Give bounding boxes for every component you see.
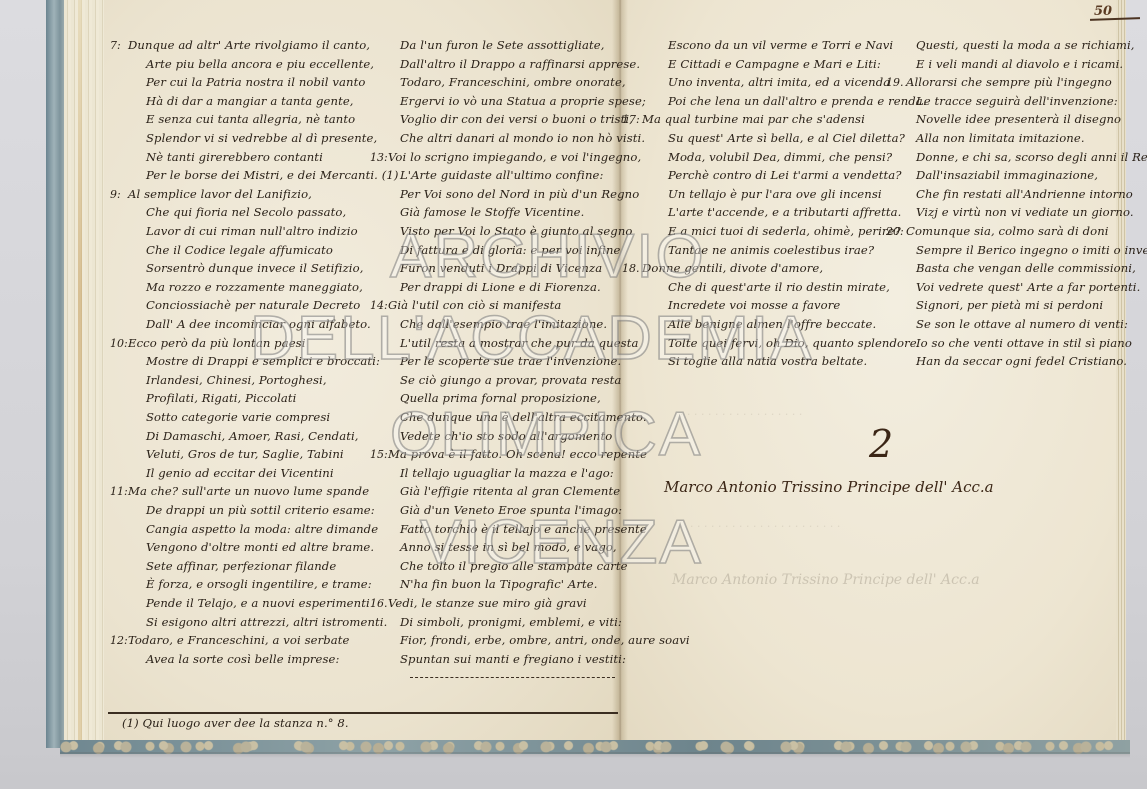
verse-line: Voi vedrete quest' Arte a far portenti. bbox=[916, 282, 1140, 294]
book-shadow bbox=[60, 752, 1130, 758]
verse-line: Il tellajo uguagliar la mazza e l'ago: bbox=[400, 468, 614, 480]
verse-line: Al semplice lavor del Lanifizio, bbox=[128, 189, 312, 201]
verse-line: Voglio dir con dei versi o buoni o trist… bbox=[400, 114, 633, 126]
verse-line: Pende il Telajo, e a nuovi esperimenti bbox=[146, 598, 370, 610]
verse-line: Sempre il Berico ingegno o imiti o inven… bbox=[916, 245, 1147, 257]
verse-line: Da l'un furon le Sete assottigliate, bbox=[400, 40, 604, 52]
verse-line: Vizj e virtù non vi vediate un giorno. bbox=[916, 207, 1134, 219]
footnote: (1) Qui luogo aver dee la stanza n.° 8. bbox=[122, 718, 349, 730]
verse-line: Io so che venti ottave in stil sì piano bbox=[916, 338, 1132, 350]
verse-line: L'arte t'accende, e a tributarti affrett… bbox=[668, 207, 901, 219]
stanza-number: 16. bbox=[370, 597, 388, 610]
verse-line: De drappi un più sottil criterio esame: bbox=[146, 505, 375, 517]
verse-line: Nè tanti girerebbero contanti bbox=[146, 152, 323, 164]
verse-line: Lavor di cui riman null'altro indizio bbox=[146, 226, 358, 238]
verse-line: Che qui fioria nel Secolo passato, bbox=[146, 207, 346, 219]
verse-line: Per le borse dei Mistri, e dei Mercanti.… bbox=[146, 170, 398, 182]
verse-line: Dall'insaziabil immaginazione, bbox=[916, 170, 1098, 182]
verse-line: Moda, volubil Dea, dimmi, che pensi? bbox=[668, 152, 892, 164]
verse-line: N'ha fin buon la Tipografic' Arte. bbox=[400, 579, 597, 591]
verse-line: Di simboli, pronigmi, emblemi, e viti: bbox=[400, 617, 622, 629]
watermark-line-4: VICENZA bbox=[420, 512, 703, 574]
verse-line: Allorarsi che sempre più l'ingegno bbox=[906, 77, 1112, 89]
stanza-number: 17: bbox=[622, 113, 640, 126]
verse-line: Comunque sia, colmo sarà di doni bbox=[906, 226, 1109, 238]
verse-line: Se son le ottave al numero di venti: bbox=[916, 319, 1128, 331]
verse-line: E i veli mandi al diavolo e i ricami. bbox=[916, 59, 1123, 71]
verse-line: Ma che? sull'arte un nuovo lume spande bbox=[128, 486, 369, 498]
verse-line: Todaro, Franceschini, ombre onorate, bbox=[400, 77, 626, 89]
verse-line: Per cui la Patria nostra il nobil vanto bbox=[146, 77, 365, 89]
stanza-number: 7: bbox=[110, 39, 121, 52]
stanza-number: 10: bbox=[110, 337, 128, 350]
verse-line: Han da seccar ogni fedel Cristiano. bbox=[916, 356, 1127, 368]
verse-line: Poi che lena un dall'altro e prenda e re… bbox=[668, 96, 927, 108]
verse-line: Perchè contro di Lei t'armi a vendetta? bbox=[668, 170, 902, 182]
verse-line: Fior, frondi, erbe, ombre, antri, onde, … bbox=[400, 635, 690, 647]
verse-line: Dall'altro il Drappo a raffinarsi appres… bbox=[400, 59, 640, 71]
verse-line: Arte piu bella ancora e piu eccellente, bbox=[146, 59, 374, 71]
folio-number: 50 bbox=[1094, 4, 1112, 19]
stanza-number: 19. bbox=[886, 76, 904, 89]
stanza-number: 15: bbox=[370, 448, 388, 461]
verse-line: E senza cui tanta allegria, nè tanto bbox=[146, 114, 355, 126]
verse-line: Questi, questi la moda a se richiami, bbox=[916, 40, 1135, 52]
show-through-signature: Marco Antonio Trissino Principe dell' Ac… bbox=[672, 572, 980, 588]
watermark-line-3: OLIMPICA bbox=[390, 404, 702, 466]
verse-line: Ma qual turbine mai par che s'adensi bbox=[642, 114, 865, 126]
verse-line: Profilati, Rigati, Piccolati bbox=[146, 393, 296, 405]
verse-line: Donne, e chi sa, scorso degli anni il Re… bbox=[916, 152, 1147, 164]
verse-line: Avea la sorte così belle imprese: bbox=[146, 654, 340, 666]
verse-line: Ma rozzo e rozzamente maneggiato, bbox=[146, 282, 363, 294]
verse-line: Già famose le Stoffe Vicentine. bbox=[400, 207, 584, 219]
verse-line: Escono da un vil verme e Torri e Navi bbox=[668, 40, 893, 52]
verse-line: Cangia aspetto la moda: altre dimande bbox=[146, 524, 378, 536]
watermark-line-1: ARCHIVIO bbox=[390, 226, 706, 288]
verse-line: Splendor vi si vedrebbe al dì presente, bbox=[146, 133, 377, 145]
verse-line: Vengono d'oltre monti ed altre brame. bbox=[146, 542, 374, 554]
page-stack-left bbox=[64, 0, 105, 746]
signature: Marco Antonio Trissino Principe dell' Ac… bbox=[664, 478, 994, 496]
page-stack-stain bbox=[78, 0, 82, 746]
verse-line: Spuntan sui manti e fregiano i vestiti: bbox=[400, 654, 626, 666]
verse-line: Irlandesi, Chinesi, Portoghesi, bbox=[146, 375, 327, 387]
verse-line: Le tracce seguirà dell'invenzione: bbox=[916, 96, 1118, 108]
verse-line: Di Damaschi, Amoer, Rasi, Cendati, bbox=[146, 431, 359, 443]
verse-line: Sete affinar, perfezionar filande bbox=[146, 561, 336, 573]
verse-line: E Cittadi e Campagne e Mari e Liti: bbox=[668, 59, 881, 71]
verse-line: Voi lo scrigno impiegando, e voi l'ingeg… bbox=[388, 152, 641, 164]
verse-line: Un tellajo è pur l'ara ove gli incensi bbox=[668, 189, 882, 201]
dashed-underline bbox=[410, 677, 615, 678]
verse-line: Sotto categorie varie compresi bbox=[146, 412, 330, 424]
verse-line: Basta che vengan delle commissioni, bbox=[916, 263, 1136, 275]
verse-line: Signori, per pietà mi si perdoni bbox=[916, 300, 1103, 312]
verse-line: Il genio ad eccitar dei Vicentini bbox=[146, 468, 334, 480]
signature-mark: 2 bbox=[869, 422, 893, 466]
verse-line: Già l'effigie ritenta al gran Clemente bbox=[400, 486, 620, 498]
stanza-number: 20: bbox=[886, 225, 904, 238]
verse-line: È forza, e orsogli ingentilire, e trame: bbox=[146, 579, 372, 591]
stanza-number: 11: bbox=[110, 485, 128, 498]
verse-line: Che altri danari al mondo io non hò vist… bbox=[400, 133, 645, 145]
show-through-text: · · · · · · · · · · · · · · · · · · · · … bbox=[690, 520, 840, 533]
stanza-number: 13: bbox=[370, 151, 388, 164]
verse-line: Alla non limitata imitazione. bbox=[916, 133, 1085, 145]
verse-line: Su quest' Arte sì bella, e al Ciel dilet… bbox=[668, 133, 905, 145]
verse-line: Vedi, le stanze sue miro già gravi bbox=[388, 598, 587, 610]
watermark-line-2: DELL'ACCADEMIA bbox=[250, 308, 814, 370]
verse-line: Si esigono altri attrezzi, altri istrome… bbox=[146, 617, 387, 629]
footnote-divider bbox=[108, 712, 618, 714]
verse-line: Per Voi sono del Nord in più d'un Regno bbox=[400, 189, 639, 201]
verse-line: Novelle idee presenterà il disegno bbox=[916, 114, 1121, 126]
verse-line: L'Arte guidaste all'ultimo confine: bbox=[400, 170, 603, 182]
verse-line: Ergervi io vò una Statua a proprie spese… bbox=[400, 96, 646, 108]
verse-line: Dunque ad altr' Arte rivolgiamo il canto… bbox=[128, 40, 370, 52]
verse-line: Che fin restati all'Andrienne intorno bbox=[916, 189, 1133, 201]
stanza-number: 12: bbox=[110, 634, 128, 647]
verse-line: Veluti, Gros de tur, Saglie, Tabini bbox=[146, 449, 344, 461]
verse-line: Uno inventa, altri imita, ed a vicenda bbox=[668, 77, 890, 89]
verse-line: Sorsentrò dunque invece il Setifizio, bbox=[146, 263, 363, 275]
stanza-number: 9: bbox=[110, 188, 121, 201]
verse-line: Che il Codice legale affumicato bbox=[146, 245, 333, 257]
verse-line: Se ciò giungo a provar, provata resta bbox=[400, 375, 621, 387]
verse-line: Hà di dar a mangiar a tanta gente, bbox=[146, 96, 354, 108]
verse-line: Todaro, e Franceschini, a voi serbate bbox=[128, 635, 350, 647]
